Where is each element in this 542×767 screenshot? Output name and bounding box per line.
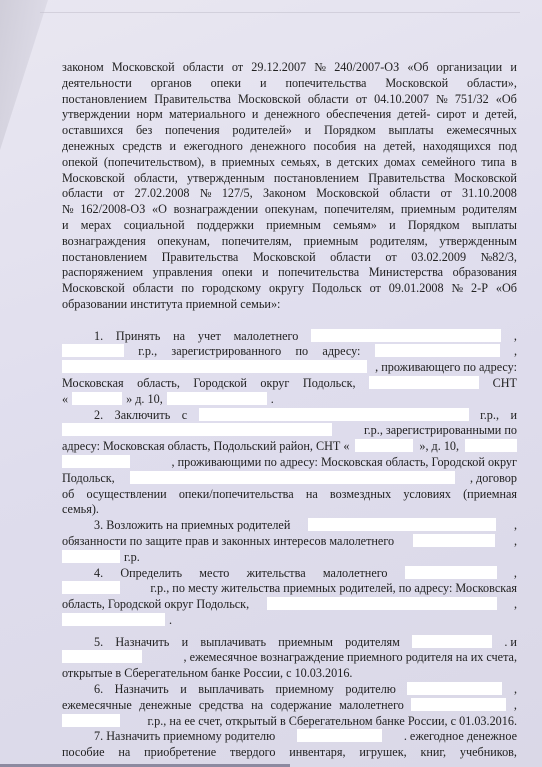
redaction-box [62, 550, 120, 563]
redaction-box [407, 682, 502, 695]
item-5-line-1: 5. Назначить и выплачивать приемным роди… [62, 635, 517, 651]
item-4-line-2: г.р., по месту жительства приемных родит… [62, 581, 517, 597]
redaction-box [267, 597, 497, 610]
redaction-box [412, 635, 492, 648]
item-6-line-3: г.р., на ее счет, открытый в Сберегатель… [62, 714, 517, 730]
redaction-box [375, 344, 500, 357]
item-2-line-5: Подольск, , договор [62, 471, 517, 487]
item-1-line-3: , проживающего по адресу: [62, 360, 517, 376]
redaction-box [62, 344, 124, 357]
redaction-box [413, 534, 495, 547]
item-4-line-1: 4. Определить место жительства малолетне… [62, 566, 517, 582]
redaction-box [199, 408, 469, 421]
item-1: 1. Принять на учет малолетнего , г.р., з… [62, 329, 517, 408]
redaction-box [311, 329, 501, 342]
redaction-box [167, 392, 267, 405]
item-4-line-3: область, Городской округ Подольск, , [62, 597, 517, 613]
preamble-line: постановлениемПравительстваМосковскойобл… [62, 250, 517, 266]
item-6-line-2: ежемесячные денежные средства на содержа… [62, 698, 517, 714]
item-1-line-2: г.р., зарегистрированного по адресу: , [62, 344, 517, 360]
item-3-line-3: г.р. [62, 550, 517, 566]
preamble-paragraph: закономМосковскойобластиот29.12.2007№240… [62, 60, 517, 297]
item-2-line-6: об осуществлении опеки/попечительства на… [62, 487, 517, 503]
item-3-line-2: обязанности по защите прав и законных ин… [62, 534, 517, 550]
redaction-box [62, 650, 142, 663]
redaction-box [62, 613, 165, 626]
item-2-line-4: , проживающими по адресу: Московская обл… [62, 455, 517, 471]
item-1-line-5: « » д. 10, . [62, 392, 517, 408]
page-fold-shadow [0, 0, 48, 150]
redaction-box [308, 518, 496, 531]
item-2-line-1: 2. Заключить с г.р., и [62, 408, 517, 424]
redaction-box [62, 581, 120, 594]
item-4-line-4: . [62, 613, 517, 629]
item-2-line-3: адресу: Московская область, Подольский р… [62, 439, 517, 455]
item-2-line-7: семья). [62, 502, 517, 518]
redaction-box [62, 455, 130, 468]
preamble-line: постановлениемПравительстваМосковскойобл… [62, 92, 517, 108]
redaction-box [411, 698, 506, 711]
preamble-line: распоряжениемуправленияопекиипопечительс… [62, 265, 517, 281]
item-5-line-3: открытые в Сберегательном банке России, … [62, 666, 517, 682]
redaction-box [297, 729, 382, 742]
item-7: 7. Назначить приемному родителю . ежегод… [62, 729, 517, 761]
redaction-box [465, 439, 517, 452]
item-7-line-1: 7. Назначить приемному родителю . ежегод… [62, 729, 517, 745]
preamble-line: деятельностиоргановопекиипопечительстваМ… [62, 76, 517, 92]
redaction-box [405, 566, 497, 579]
redaction-box [72, 392, 122, 405]
item-1-line-4: Московская область, Городской округ Подо… [62, 376, 517, 392]
preamble-line: опекой(попечительством),вприемныхсемьях,… [62, 155, 517, 171]
preamble-line: имерахсоциальнойподдержкиприемнымсемьям»… [62, 218, 517, 234]
redaction-box [369, 376, 479, 389]
redaction-box [62, 423, 332, 436]
redaction-box [62, 360, 367, 373]
item-2-line-2: г.р., зарегистрированными по [62, 423, 517, 439]
preamble-line: вознагражденияопекунам,попечителям,прием… [62, 234, 517, 250]
document-body: закономМосковскойобластиот29.12.2007№240… [62, 60, 517, 761]
item-3: 3. Возложить на приемных родителей , обя… [62, 518, 517, 565]
preamble-line: Московскойобласти,утвержденнымпостановле… [62, 171, 517, 187]
preamble-line: №162/2008-ОЗ«Овознагражденииопекунам,поп… [62, 202, 517, 218]
preamble-line: областиот27.02.2008№127/5,ЗакономМосковс… [62, 186, 517, 202]
item-5-line-2: , ежемесячное вознаграждение приемного р… [62, 650, 517, 666]
preamble-line: утверждениинормматериальногоиденежногооб… [62, 107, 517, 123]
item-6: 6. Назначить и выплачивать приемному род… [62, 682, 517, 729]
page-top-edge [40, 12, 520, 13]
redaction-box [62, 714, 120, 727]
item-3-line-1: 3. Возложить на приемных родителей , [62, 518, 517, 534]
preamble-line: закономМосковскойобластиот29.12.2007№240… [62, 60, 517, 76]
redaction-box [355, 439, 413, 452]
item-4: 4. Определить место жительства малолетне… [62, 566, 517, 629]
scanned-page: закономМосковскойобластиот29.12.2007№240… [0, 0, 542, 767]
item-6-line-1: 6. Назначить и выплачивать приемному род… [62, 682, 517, 698]
preamble-line: МосковскойобластипогородскомуокругуПодол… [62, 281, 517, 297]
preamble-line: оставшихсябезпопеченияродителей»иПорядко… [62, 123, 517, 139]
redaction-box [130, 471, 455, 484]
preamble-line: денежныхсредствиежегодногоденежногопособ… [62, 139, 517, 155]
item-5: 5. Назначить и выплачивать приемным роди… [62, 635, 517, 682]
item-7-line-2: пособие на приобретение твердого инвента… [62, 745, 517, 761]
item-2: 2. Заключить с г.р., и г.р., зарегистрир… [62, 408, 517, 519]
preamble-last-line: образовании института приемной семьи»: [62, 297, 517, 313]
item-1-line-1: 1. Принять на учет малолетнего , [62, 329, 517, 345]
